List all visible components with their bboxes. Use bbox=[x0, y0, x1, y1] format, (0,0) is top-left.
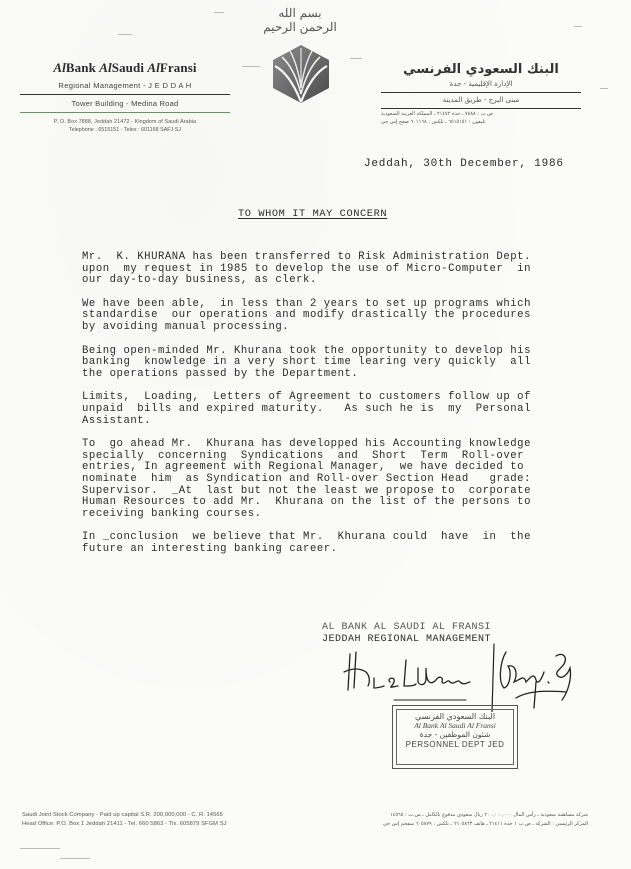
stamp-bank-name-arabic: البنك السعودي الفرنسي bbox=[397, 712, 513, 721]
scan-speck bbox=[60, 858, 90, 859]
po-box: P. O. Box 7888, Jeddah 21472 - Kingdom o… bbox=[20, 119, 230, 125]
letter-subject: TO WHOM IT MAY CONCERN bbox=[238, 208, 387, 220]
footer-english: Saudi Joint Stock Company - Paid up capi… bbox=[22, 811, 227, 829]
basmala: بسم الله الرحمن الرحيم bbox=[262, 6, 338, 24]
paragraph: In _conclusion we believe that Mr. Khura… bbox=[82, 532, 570, 555]
footer-company-info-arabic: شركة مساهمة سعودية ـ رأس المال ٢٠٠,٠٠٠,٠… bbox=[318, 811, 588, 820]
stamp-bank-name-english: Al Bank Al Saudi Al Fransi bbox=[397, 721, 513, 730]
stamp-dept-english: PERSONNEL DEPT JED bbox=[397, 740, 513, 749]
telephone-arabic: تليفون : ٦٥١٥١٥١ ـ تلكس : ٦٠١١٦٨ صفج إس … bbox=[381, 119, 581, 125]
letter-date: Jeddah, 30th December, 1986 bbox=[364, 158, 564, 170]
paragraph: To go ahead Mr. Khurana has developped h… bbox=[82, 439, 570, 520]
bank-name-part: Fransi bbox=[160, 60, 197, 75]
footer-arabic: شركة مساهمة سعودية ـ رأس المال ٢٠٠,٠٠٠,٠… bbox=[318, 811, 588, 829]
scan-speck bbox=[242, 66, 260, 67]
personnel-dept-stamp: البنك السعودي الفرنسي Al Bank Al Saudi A… bbox=[392, 705, 518, 769]
stamp-dept-arabic: شئون الموظفين - جدة bbox=[397, 730, 513, 739]
letter-page: بسم الله الرحمن الرحيم AlBank AlSaudi Al… bbox=[0, 0, 631, 869]
regional-management: Regional Management - J E D D A H bbox=[20, 81, 230, 90]
handwritten-signatures-icon bbox=[340, 642, 580, 712]
paragraph: Being open-minded Mr. Khurana took the o… bbox=[82, 346, 570, 381]
scan-speck bbox=[574, 26, 582, 27]
scan-speck bbox=[118, 34, 132, 35]
po-box-arabic: ص.ب : ٧٨٨٨ ـ جدة ٢١٤٧٢ ـ المملكة العربية… bbox=[381, 111, 581, 117]
paragraph: Mr. K. KHURANA has been transferred to R… bbox=[82, 252, 570, 287]
address-arabic: مبنى البرج - طريق المدينة bbox=[381, 96, 581, 104]
address-line: Tower Building - Medina Road bbox=[20, 99, 230, 108]
telephone: Telephone : 6515151 - Telex : 601168 SAF… bbox=[20, 127, 230, 133]
divider bbox=[381, 108, 581, 109]
bank-name-english: AlBank AlSaudi AlFransi bbox=[20, 60, 230, 76]
regional-management-arabic: الإدارة الإقليمية - جدة bbox=[381, 80, 581, 88]
footer-company-info: Saudi Joint Stock Company - Paid up capi… bbox=[22, 811, 227, 820]
scan-speck bbox=[350, 58, 362, 59]
scan-speck bbox=[214, 12, 224, 13]
bank-name-part: Saudi bbox=[112, 60, 148, 75]
paragraph: Limits, Loading, Letters of Agreement to… bbox=[82, 392, 570, 427]
closing-bank-name: AL BANK AL SAUDI AL FRANSI bbox=[322, 622, 491, 634]
divider bbox=[381, 92, 581, 93]
divider bbox=[20, 112, 230, 113]
letter-body: Mr. K. KHURANA has been transferred to R… bbox=[82, 252, 570, 567]
bank-name-arabic: البنك السعودي الفرنسي bbox=[381, 62, 581, 77]
bank-name-part: Al bbox=[53, 60, 65, 75]
letterhead-arabic: البنك السعودي الفرنسي الإدارة الإقليمية … bbox=[381, 62, 581, 125]
letterhead-english: AlBank AlSaudi AlFransi Regional Managem… bbox=[20, 60, 230, 133]
footer-head-office: Head Office: P.O. Box 1 Jeddah 21411 - T… bbox=[22, 820, 227, 829]
scan-speck bbox=[600, 88, 608, 89]
scan-speck bbox=[20, 848, 60, 849]
bank-name-part: Al bbox=[99, 60, 111, 75]
footer-head-office-arabic: المركز الرئيسي : الشركة ـ ص.ب ١ جدة ٢١٤١… bbox=[318, 820, 588, 829]
bank-name-part: Bank bbox=[66, 60, 99, 75]
paragraph: We have been able, in less than 2 years … bbox=[82, 299, 570, 334]
divider bbox=[20, 94, 230, 95]
bank-name-part: Al bbox=[147, 60, 159, 75]
stamp-inner-border: البنك السعودي الفرنسي Al Bank Al Saudi A… bbox=[396, 709, 514, 765]
bank-emblem-icon bbox=[272, 44, 330, 104]
